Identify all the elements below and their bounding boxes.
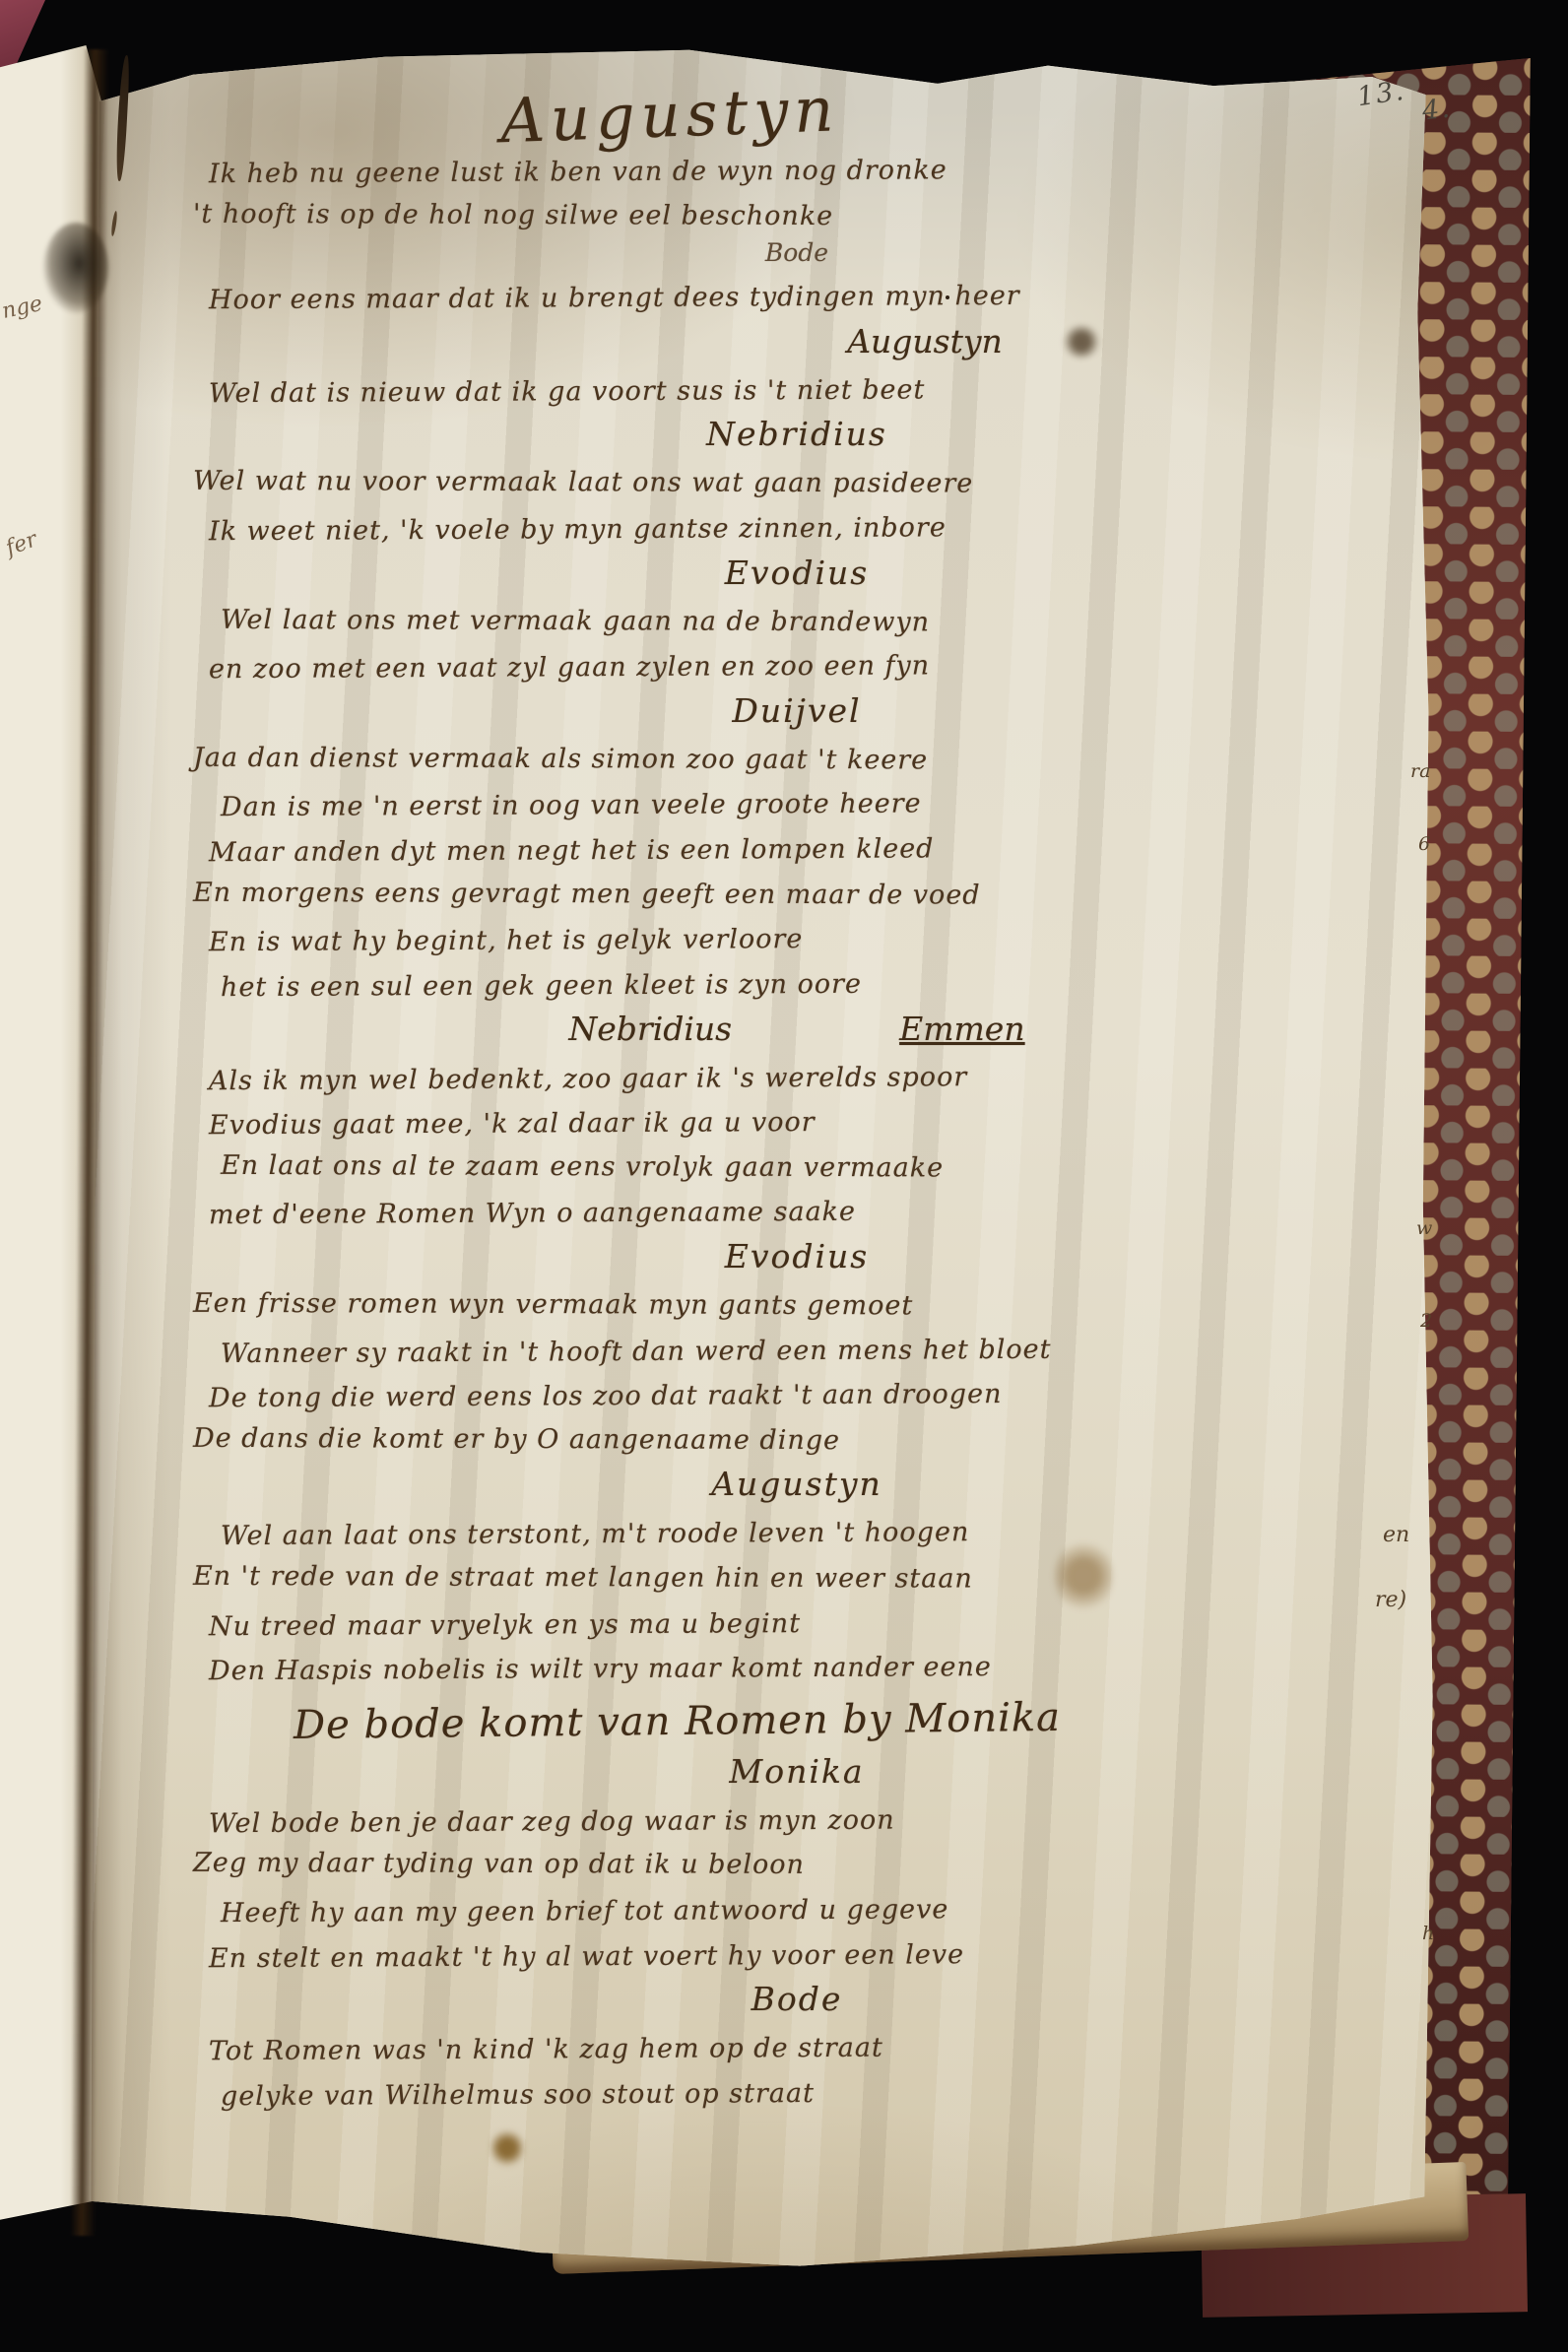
manuscript-verse-line: 't hooft is op de hol nog silwe eel besc… <box>193 200 1418 232</box>
ink-blot <box>43 223 108 313</box>
manuscript-verse-line: Wel dat is nieuw dat ik ga voort sus is … <box>209 374 1418 409</box>
manuscript-verse-line: Hoor eens maar dat ik u brengt dees tydi… <box>209 281 1418 315</box>
speaker-heading: Evodius <box>175 554 1418 592</box>
manuscript-verse-line: met d'eene Romen Wyn o aangenaame saake <box>209 1196 1418 1230</box>
speaker-heading: Nebridius <box>175 415 1418 453</box>
manuscript-verse-line: Tot Romen was 'n kind 'k zag hem op de s… <box>209 2032 1418 2066</box>
manuscript-verse-line: gelyke van Wilhelmus soo stout op straat <box>221 2077 1418 2112</box>
manuscript-verse-line: Zeg my daar tyding van op dat ik u beloo… <box>193 1850 1418 1882</box>
manuscript-verse-line: het is een sul een gek geen kleet is zyn… <box>221 968 1418 1003</box>
manuscript-verse-line: En 't rede van de straat met langen hin … <box>193 1563 1418 1596</box>
manuscript-verse-line: Wel wat nu voor vermaak laat ons wat gaa… <box>193 468 1418 500</box>
manuscript-verse-line: en zoo met een vaat zyl gaan zylen en zo… <box>209 650 1418 685</box>
manuscript-verse-line: Wel laat ons met vermaak gaan na de bran… <box>221 607 1418 639</box>
manuscript-verse-line: Heeft hy aan my geen brief tot antwoord … <box>221 1894 1418 1928</box>
manuscript-verse-line: En laat ons al te zaam eens vrolyk gaan … <box>221 1152 1418 1185</box>
manuscript-text-column: AugustynIk heb nu geene lust ik ben van … <box>175 69 1418 2109</box>
manuscript-verse-line: Wel aan laat ons terstont, m't roode lev… <box>221 1517 1418 1551</box>
manuscript-verse-line: En morgens eens gevragt men geeft een ma… <box>193 880 1418 912</box>
manuscript-verse-line: Wanneer sy raakt in 't hooft dan werd ee… <box>221 1334 1418 1368</box>
margin-mark: 2 <box>1420 1310 1432 1332</box>
manuscript-verse-line: Dan is me 'n eerst in oog van veele groo… <box>221 788 1418 822</box>
paper-stain <box>490 2127 524 2169</box>
stage-direction: De bode komt van Romen by Monika <box>294 1691 1418 1748</box>
manuscript-verse-line: Den Haspis nobelis is wilt vry maar komt… <box>209 1652 1418 1686</box>
speaker-heading: Augustyn <box>175 1465 1418 1503</box>
manuscript-verse-line: De dans die komt er by O aangenaame ding… <box>193 1425 1418 1458</box>
manuscript-verse-line: Evodius gaat mee, 'k zal daar ik ga u vo… <box>209 1106 1418 1141</box>
page-number-secondary: 4. <box>1420 94 1453 127</box>
page-title-script: Augustyn <box>499 53 1419 157</box>
manuscript-verse-line: Maar anden dyt men negt het is een lompe… <box>209 833 1418 868</box>
manuscript-verse-line: Wel bode ben je daar zeg dog waar is myn… <box>209 1804 1418 1839</box>
speaker-heading: Nebridius <box>568 1010 732 1048</box>
manuscript-verse-line: Ik heb nu geene lust ik ben van de wyn n… <box>209 155 1418 189</box>
manuscript-verse-line: Als ik myn wel bedenkt, zoo gaar ik 's w… <box>209 1061 1418 1095</box>
manuscript-verse-line: Nu treed maar vryelyk en ys ma u begint <box>209 1606 1418 1641</box>
speaker-heading: Augustyn <box>175 322 1418 360</box>
manuscript-verse-line: Een frisse romen wyn vermaak myn gants g… <box>193 1290 1418 1323</box>
margin-mark: 6 <box>1418 833 1430 855</box>
manuscript-verse-line: Jaa dan dienst vermaak als simon zoo gaa… <box>193 745 1418 777</box>
speaker-heading: Duijvel <box>175 691 1418 730</box>
manuscript-verse-line: En is wat hy begint, het is gelyk verloo… <box>209 923 1418 957</box>
manuscript-verse-line: En stelt en maakt 't hy al wat voert hy … <box>209 1938 1418 1973</box>
photograph-of-manuscript: nge fer 13. 4. ra 6 w 2 h en re) Augusty… <box>0 0 1568 2352</box>
speaker-heading: Bode <box>175 238 1418 267</box>
speaker-heading: Evodius <box>175 1237 1418 1275</box>
margin-mark: h <box>1422 1923 1434 1944</box>
manuscript-verse-line: De tong die werd eens los zoo dat raakt … <box>209 1379 1418 1413</box>
speaker-heading: Bode <box>175 1980 1418 2018</box>
margin-mark: w <box>1416 1217 1432 1239</box>
speaker-heading: NebridiusEmmen <box>175 1010 1418 1048</box>
speaker-heading: Monika <box>175 1752 1418 1791</box>
speaker-heading-underlined: Emmen <box>899 1010 1024 1048</box>
manuscript-verse-line: Ik weet niet, 'k voele by myn gantse zin… <box>209 512 1418 547</box>
